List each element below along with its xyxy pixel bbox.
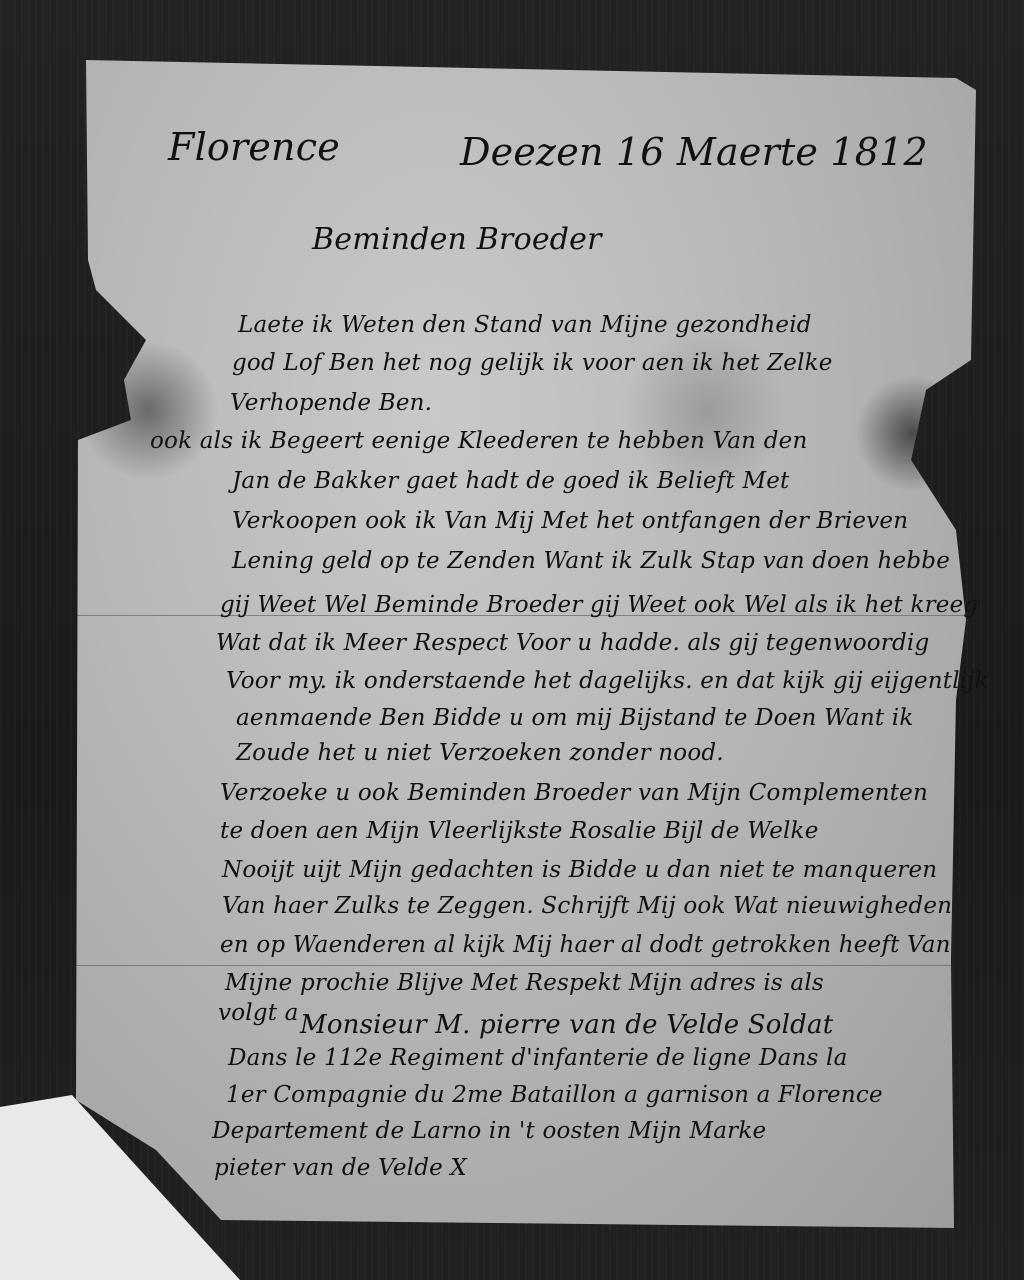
body-line: Voor my. ik onderstaende het dagelijks. …	[226, 668, 989, 694]
address-recipient: Monsieur M. pierre van de Velde Soldat	[300, 1010, 833, 1040]
address-company: 1er Compagnie du 2me Bataillon a garniso…	[226, 1082, 883, 1108]
greeting: Beminden Broeder	[312, 222, 602, 257]
body-line: en op Waenderen al kijk Mij haer al dodt…	[220, 932, 951, 958]
body-line: te doen aen Mijn Vleerlijkste Rosalie Bi…	[220, 818, 819, 844]
body-line: ook als ik Begeert eenige Kleederen te h…	[150, 428, 807, 454]
body-line: Lening geld op te Zenden Want ik Zulk St…	[232, 548, 950, 574]
body-line: Laete ik Weten den Stand van Mijne gezon…	[238, 312, 812, 338]
body-line: god Lof Ben het nog gelijk ik voor aen i…	[232, 350, 833, 376]
body-line: Van haer Zulks te Zeggen. Schrijft Mij o…	[222, 893, 952, 919]
header-place: Florence	[168, 125, 340, 169]
body-line: Jan de Bakker gaet hadt de goed ik Belie…	[232, 468, 789, 494]
body-line: Verhopende Ben.	[230, 390, 432, 416]
body-line: aenmaende Ben Bidde u om mij Bijstand te…	[236, 705, 914, 731]
address-department: Departement de Larno in 't oosten Mijn M…	[212, 1118, 766, 1144]
fold-line	[76, 965, 976, 966]
header-date: Deezen 16 Maerte 1812	[460, 130, 928, 174]
body-line: gij Weet Wel Beminde Broeder gij Weet oo…	[220, 592, 978, 618]
body-line: Wat dat ik Meer Respect Voor u hadde. al…	[216, 630, 929, 656]
body-line: Zoude het u niet Verzoeken zonder nood.	[236, 740, 724, 766]
body-line: Mijne prochie Blijve Met Respekt Mijn ad…	[225, 970, 824, 996]
body-line: Verzoeke u ook Beminden Broeder van Mijn…	[220, 780, 928, 806]
address-regiment: Dans le 112e Regiment d'infanterie de li…	[228, 1045, 848, 1071]
body-line: volgt a	[218, 1000, 299, 1026]
body-line: Verkoopen ook ik Van Mij Met het ontfang…	[232, 508, 908, 534]
signature-mark: pieter van de Velde X	[214, 1155, 467, 1181]
body-line: Nooijt uijt Mijn gedachten is Bidde u da…	[222, 857, 937, 883]
